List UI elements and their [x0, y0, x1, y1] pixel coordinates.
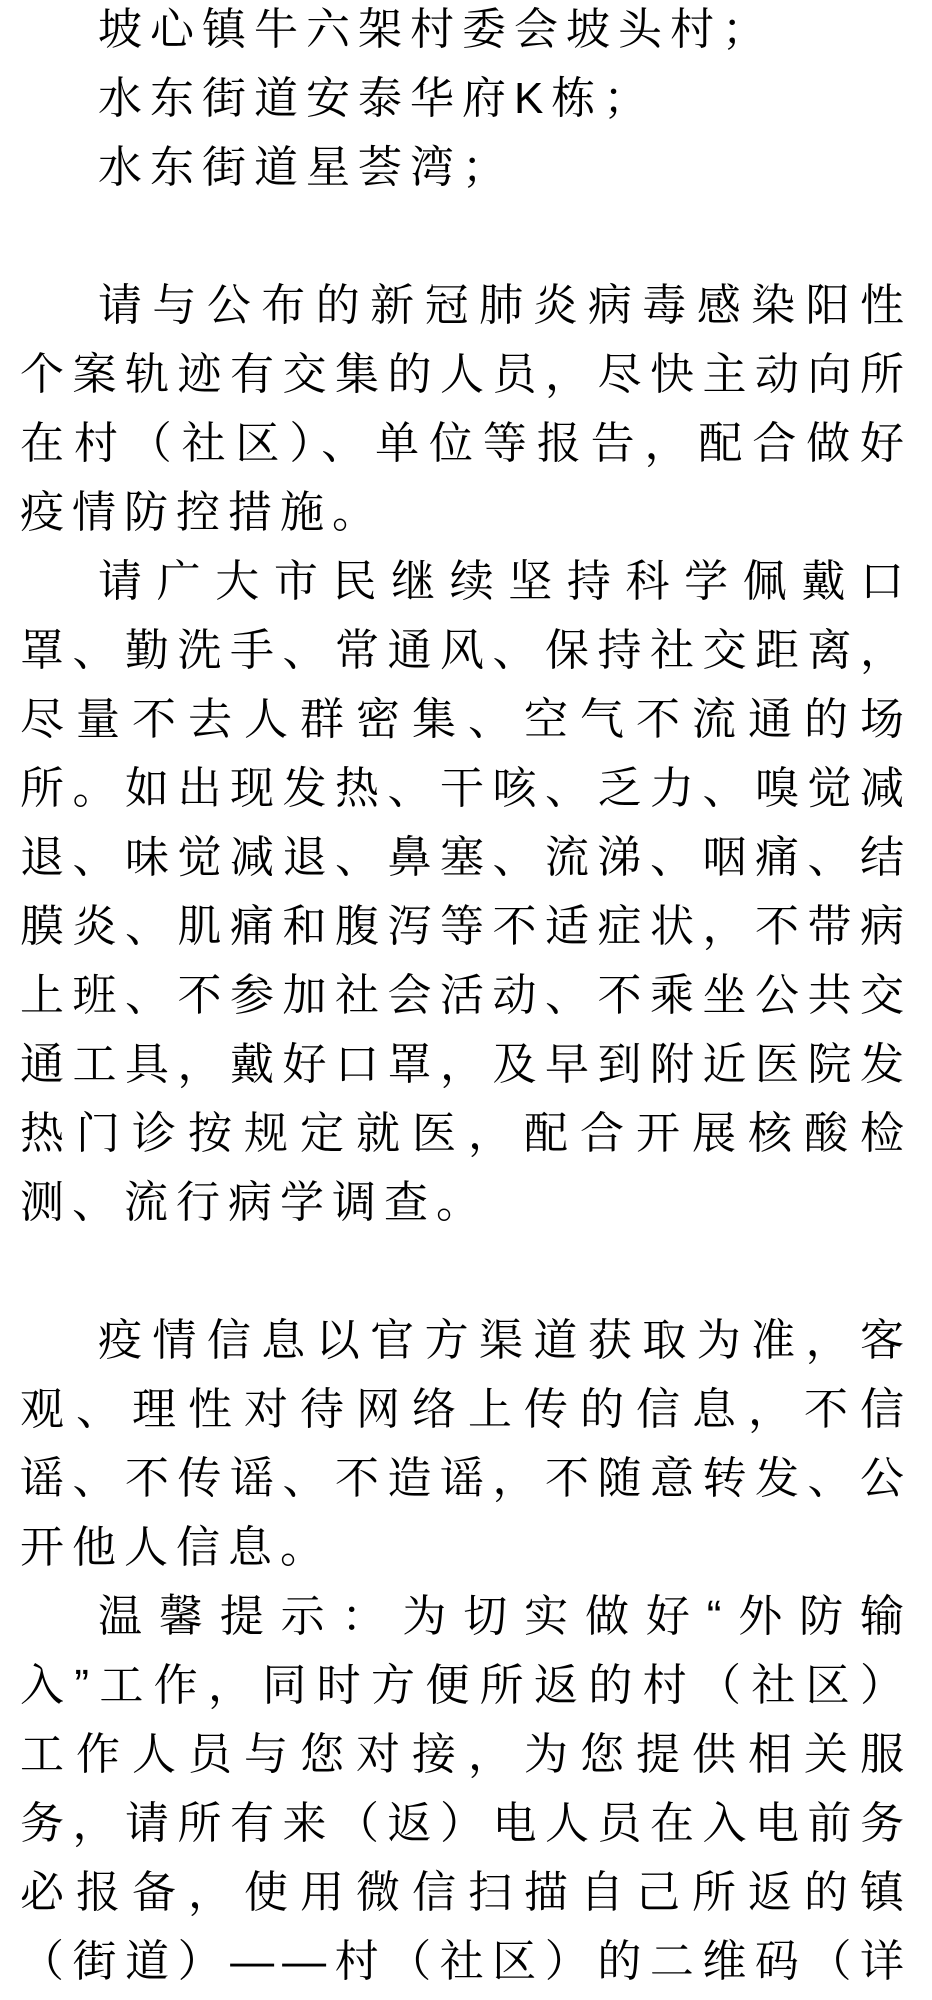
address-line-2: 水东街道安泰华府K栋； [20, 64, 912, 133]
paragraph-warm-tips: 温馨提示：为切实做好“外防输入”工作，同时方便所返的村（社区）工作人员与您对接，… [20, 1582, 912, 1996]
section-gap [20, 1237, 912, 1306]
section-gap [20, 202, 912, 271]
paragraph-health-advice: 请广大市民继续坚持科学佩戴口罩、勤洗手、常通风、保持社交距离，尽量不去人群密集、… [20, 547, 912, 1237]
address-line-1: 坡心镇牛六架村委会坡头村； [20, 0, 912, 64]
address-line-3: 水东街道星荟湾； [20, 133, 912, 202]
paragraph-report-notice: 请与公布的新冠肺炎病毒感染阳性个案轨迹有交集的人员，尽快主动向所在村（社区）、单… [20, 271, 912, 547]
paragraph-info-channel-notice: 疫情信息以官方渠道获取为准，客观、理性对待网络上传的信息，不信谣、不传谣、不造谣… [20, 1306, 912, 1582]
article-body: 坡心镇牛六架村委会坡头村； 水东街道安泰华府K栋； 水东街道星荟湾； 请与公布的… [0, 0, 932, 1996]
